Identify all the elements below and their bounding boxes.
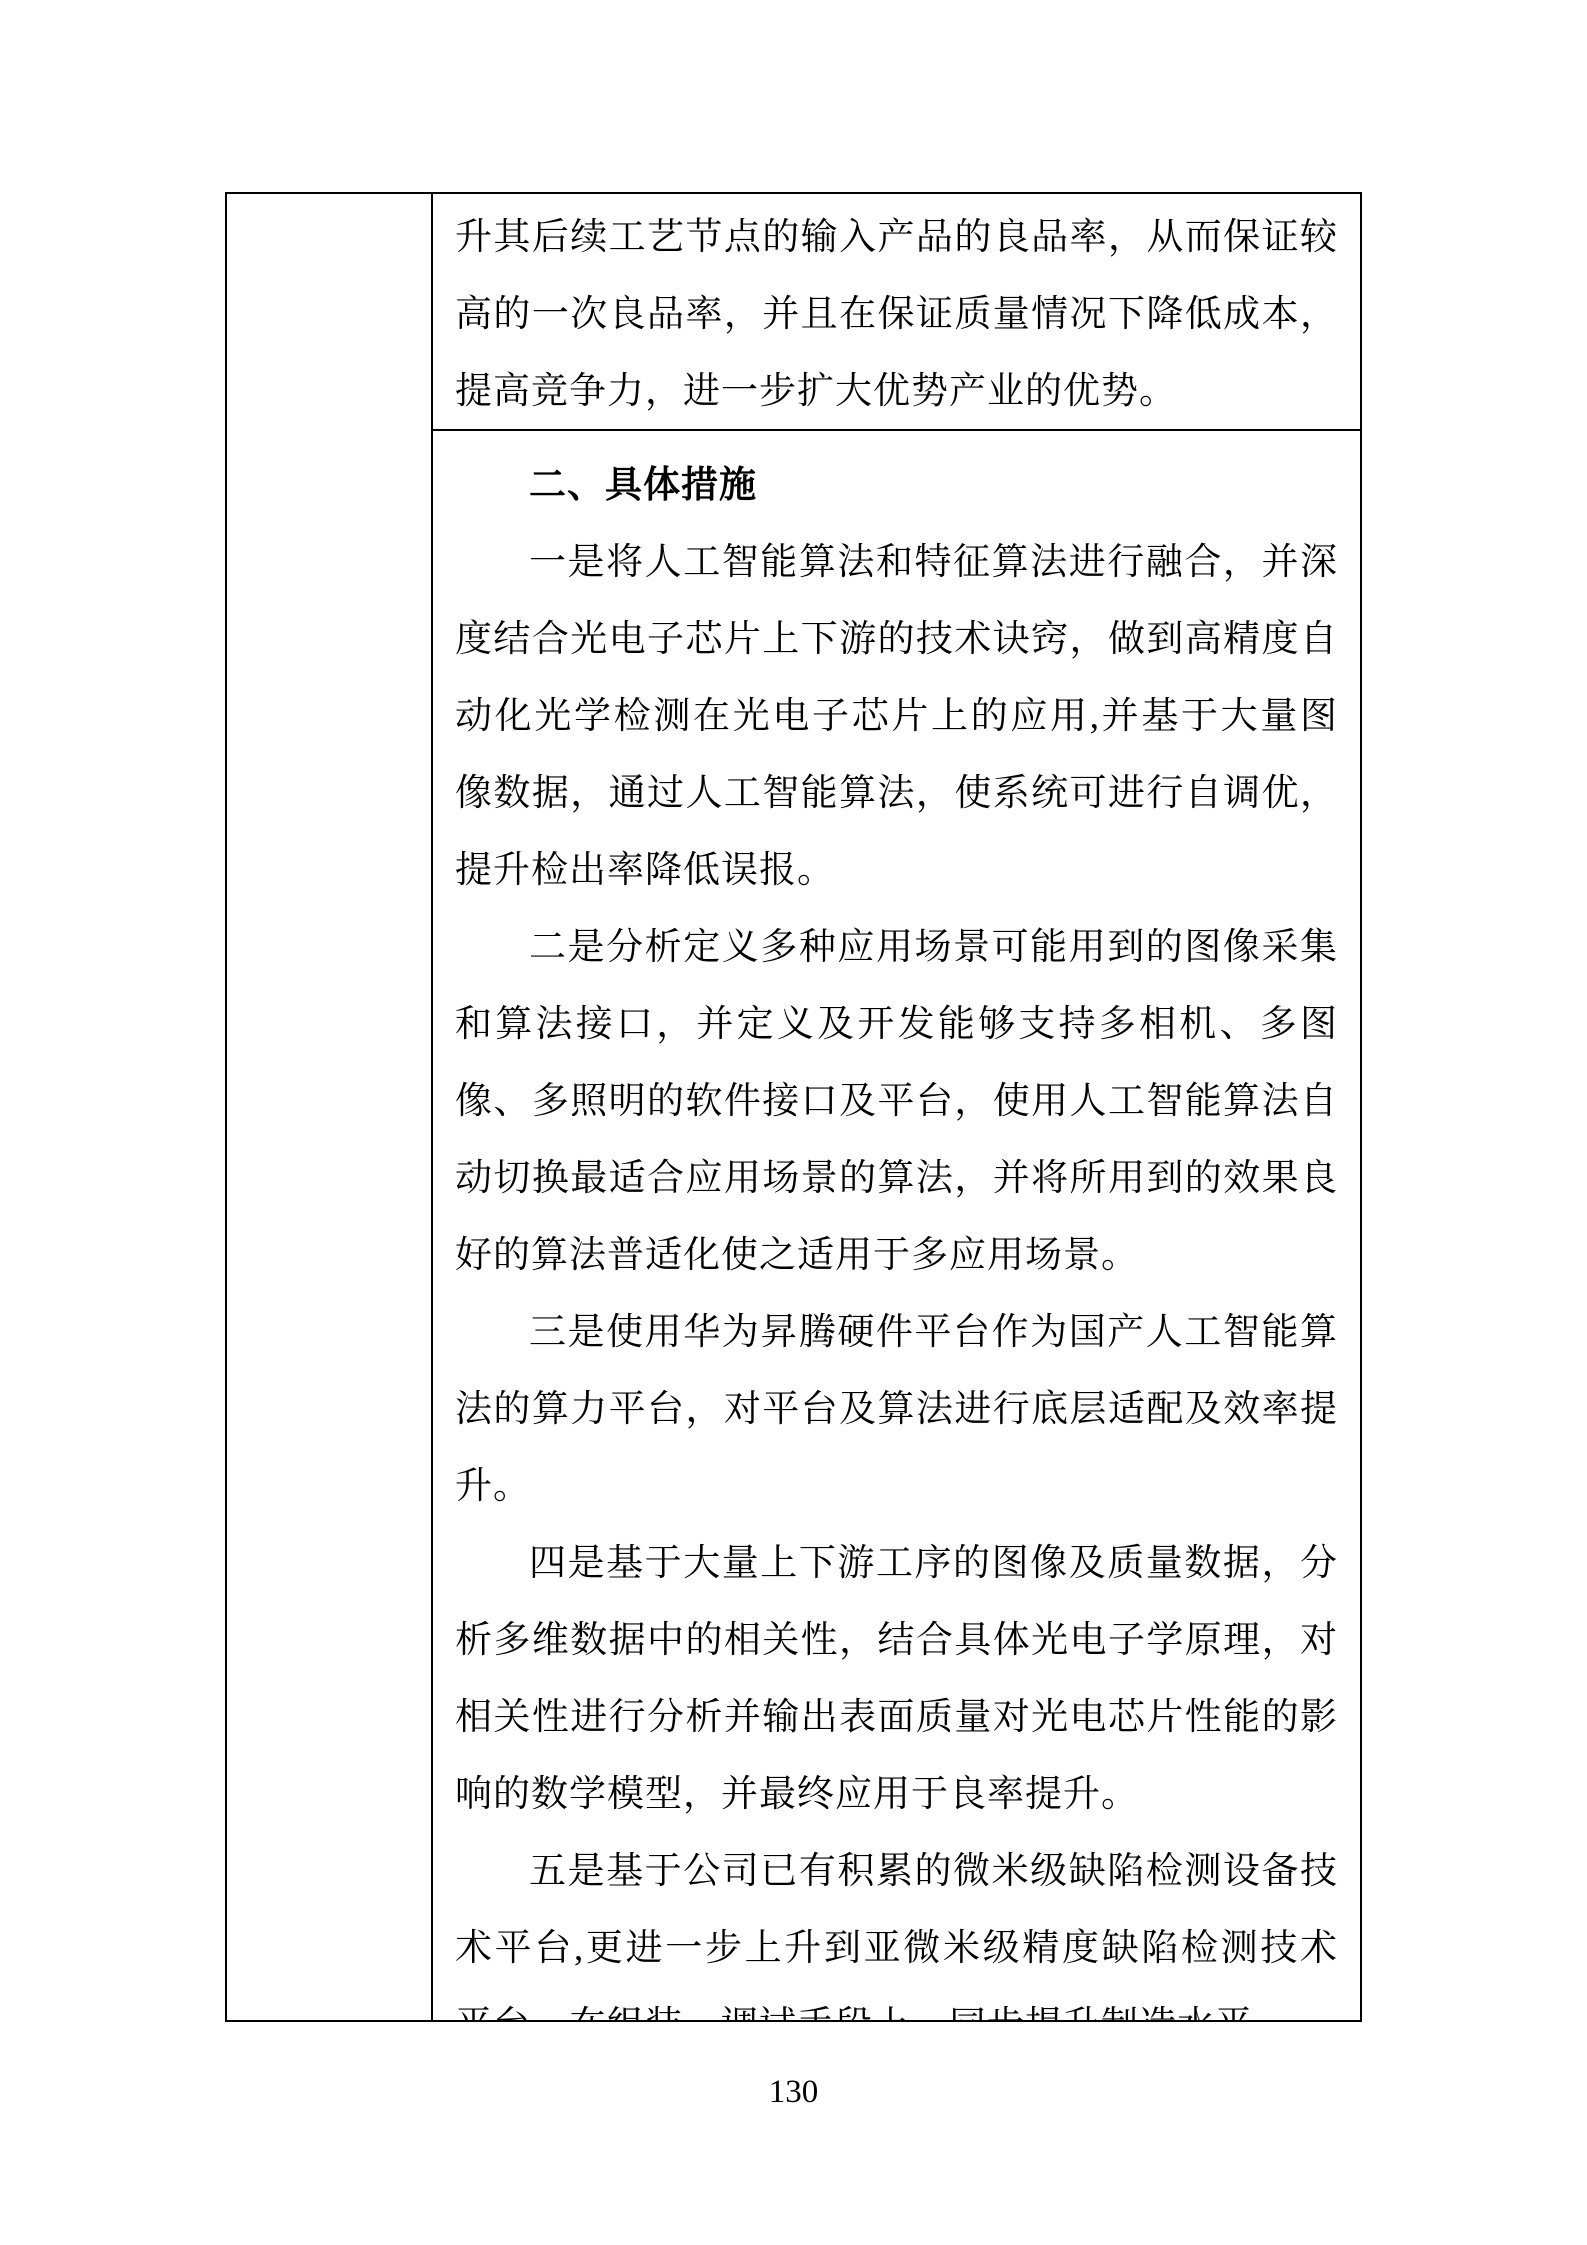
measure-paragraph-1: 一是将人工智能算法和特征算法进行融合，并深度结合光电子芯片上下游的技术诀窍，做到… (455, 524, 1338, 909)
table-content-column: 升其后续工艺节点的输入产品的良品率，从而保证较高的一次良品率，并且在保证质量情况… (433, 194, 1360, 2020)
measure-paragraph-4: 四是基于大量上下游工序的图像及质量数据，分析多维数据中的相关性，结合具体光电子学… (455, 1525, 1338, 1833)
table-left-empty-cell (227, 194, 433, 2020)
measure-paragraph-2: 二是分析定义多种应用场景可能用到的图像采集和算法接口，并定义及开发能够支持多相机… (455, 909, 1338, 1294)
measure-paragraph-5: 五是基于公司已有积累的微米级缺陷检测设备技术平台,更进一步上升到亚微米级精度缺陷… (455, 1833, 1338, 2020)
table-cell-measures: 二、具体措施 一是将人工智能算法和特征算法进行融合，并深度结合光电子芯片上下游的… (433, 431, 1360, 2020)
document-table: 升其后续工艺节点的输入产品的良品率，从而保证较高的一次良品率，并且在保证质量情况… (225, 192, 1362, 2022)
page-number: 130 (0, 2072, 1587, 2112)
measure-paragraph-3: 三是使用华为昇腾硬件平台作为国产人工智能算法的算力平台，对平台及算法进行底层适配… (455, 1294, 1338, 1525)
table-cell-continued-text: 升其后续工艺节点的输入产品的良品率，从而保证较高的一次良品率，并且在保证质量情况… (433, 194, 1360, 431)
continued-paragraph: 升其后续工艺节点的输入产品的良品率，从而保证较高的一次良品率，并且在保证质量情况… (455, 199, 1338, 430)
section-heading: 二、具体措施 (455, 447, 1338, 524)
